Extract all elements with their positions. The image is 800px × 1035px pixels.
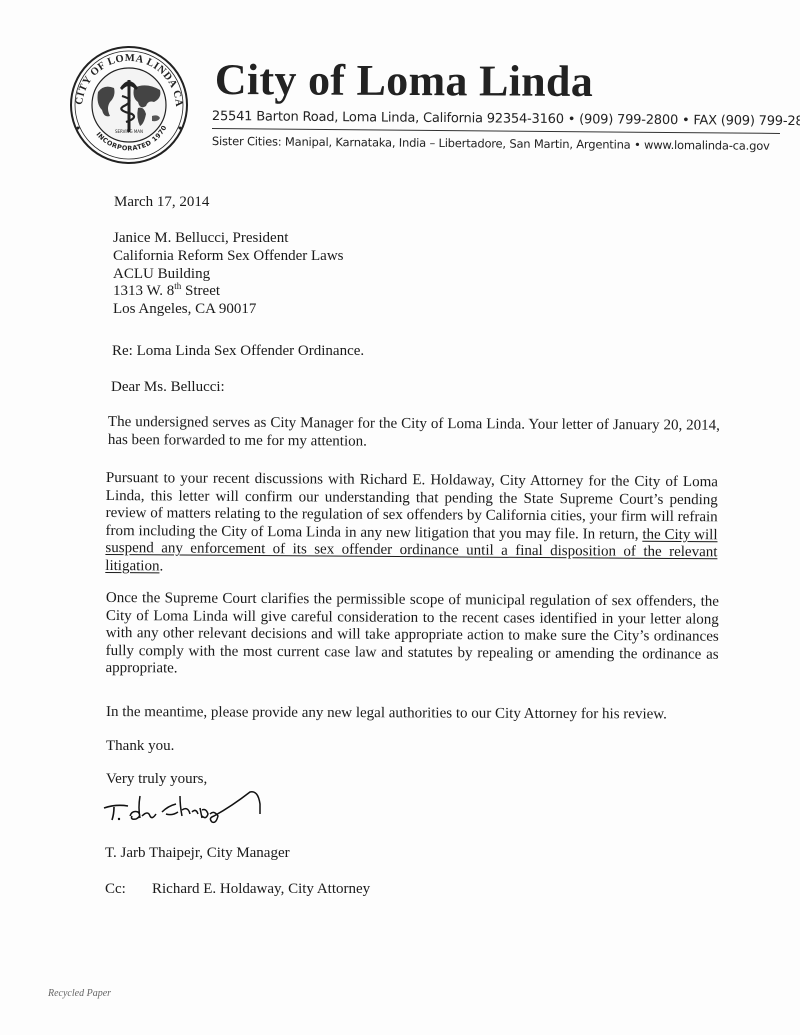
letterhead-title: City of Loma Linda — [215, 54, 593, 107]
svg-text:SERVING MAN: SERVING MAN — [115, 129, 143, 134]
signer-name-title: T. Jarb Thaipejr, City Manager — [105, 845, 290, 862]
paragraph-2: Pursuant to your recent discussions with… — [105, 470, 718, 580]
city-seal-icon: CITY OF LOMA LINDA CALIFORNIA INCORPORAT… — [66, 44, 192, 166]
recipient-building: ACLU Building — [113, 266, 344, 284]
recipient-city-state-zip: Los Angeles, CA 90017 — [113, 301, 344, 319]
cc-label: Cc: — [105, 881, 152, 898]
cc-recipient: Richard E. Holdaway, City Attorney — [152, 881, 370, 897]
paragraph-4: In the meantime, please provide any new … — [106, 704, 667, 723]
street-name: Street — [181, 283, 220, 299]
letterhead-address: 25541 Barton Road, Loma Linda, Californi… — [212, 109, 800, 129]
street-number: 1313 W. 8 — [113, 283, 174, 299]
handwritten-signature-icon — [102, 786, 322, 826]
re-line: Re: Loma Linda Sex Offender Ordinance. — [112, 343, 364, 360]
paragraph-1: The undersigned serves as City Manager f… — [108, 414, 720, 453]
paragraph-3: Once the Supreme Court clarifies the per… — [105, 590, 719, 682]
recipient-street: 1313 W. 8th Street — [113, 283, 344, 301]
recipient-name: Janice M. Bellucci, President — [113, 230, 344, 248]
letterhead-sister-cities: Sister Cities: Manipal, Karnataka, India… — [212, 134, 770, 153]
letter-date: March 17, 2014 — [114, 194, 209, 211]
letterhead-divider — [212, 128, 780, 134]
recycled-paper-note: Recycled Paper — [48, 988, 111, 999]
paragraph-2-text: Pursuant to your recent discussions with… — [106, 470, 718, 543]
recipient-address: Janice M. Bellucci, President California… — [113, 230, 344, 319]
cc-line: Cc:Richard E. Holdaway, City Attorney — [105, 881, 370, 898]
thank-you-line: Thank you. — [106, 738, 174, 755]
recipient-organization: California Reform Sex Offender Laws — [113, 248, 344, 266]
paragraph-2-end: . — [159, 558, 163, 574]
salutation: Dear Ms. Bellucci: — [111, 379, 225, 396]
letter-page: CITY OF LOMA LINDA CALIFORNIA INCORPORAT… — [0, 0, 800, 1035]
